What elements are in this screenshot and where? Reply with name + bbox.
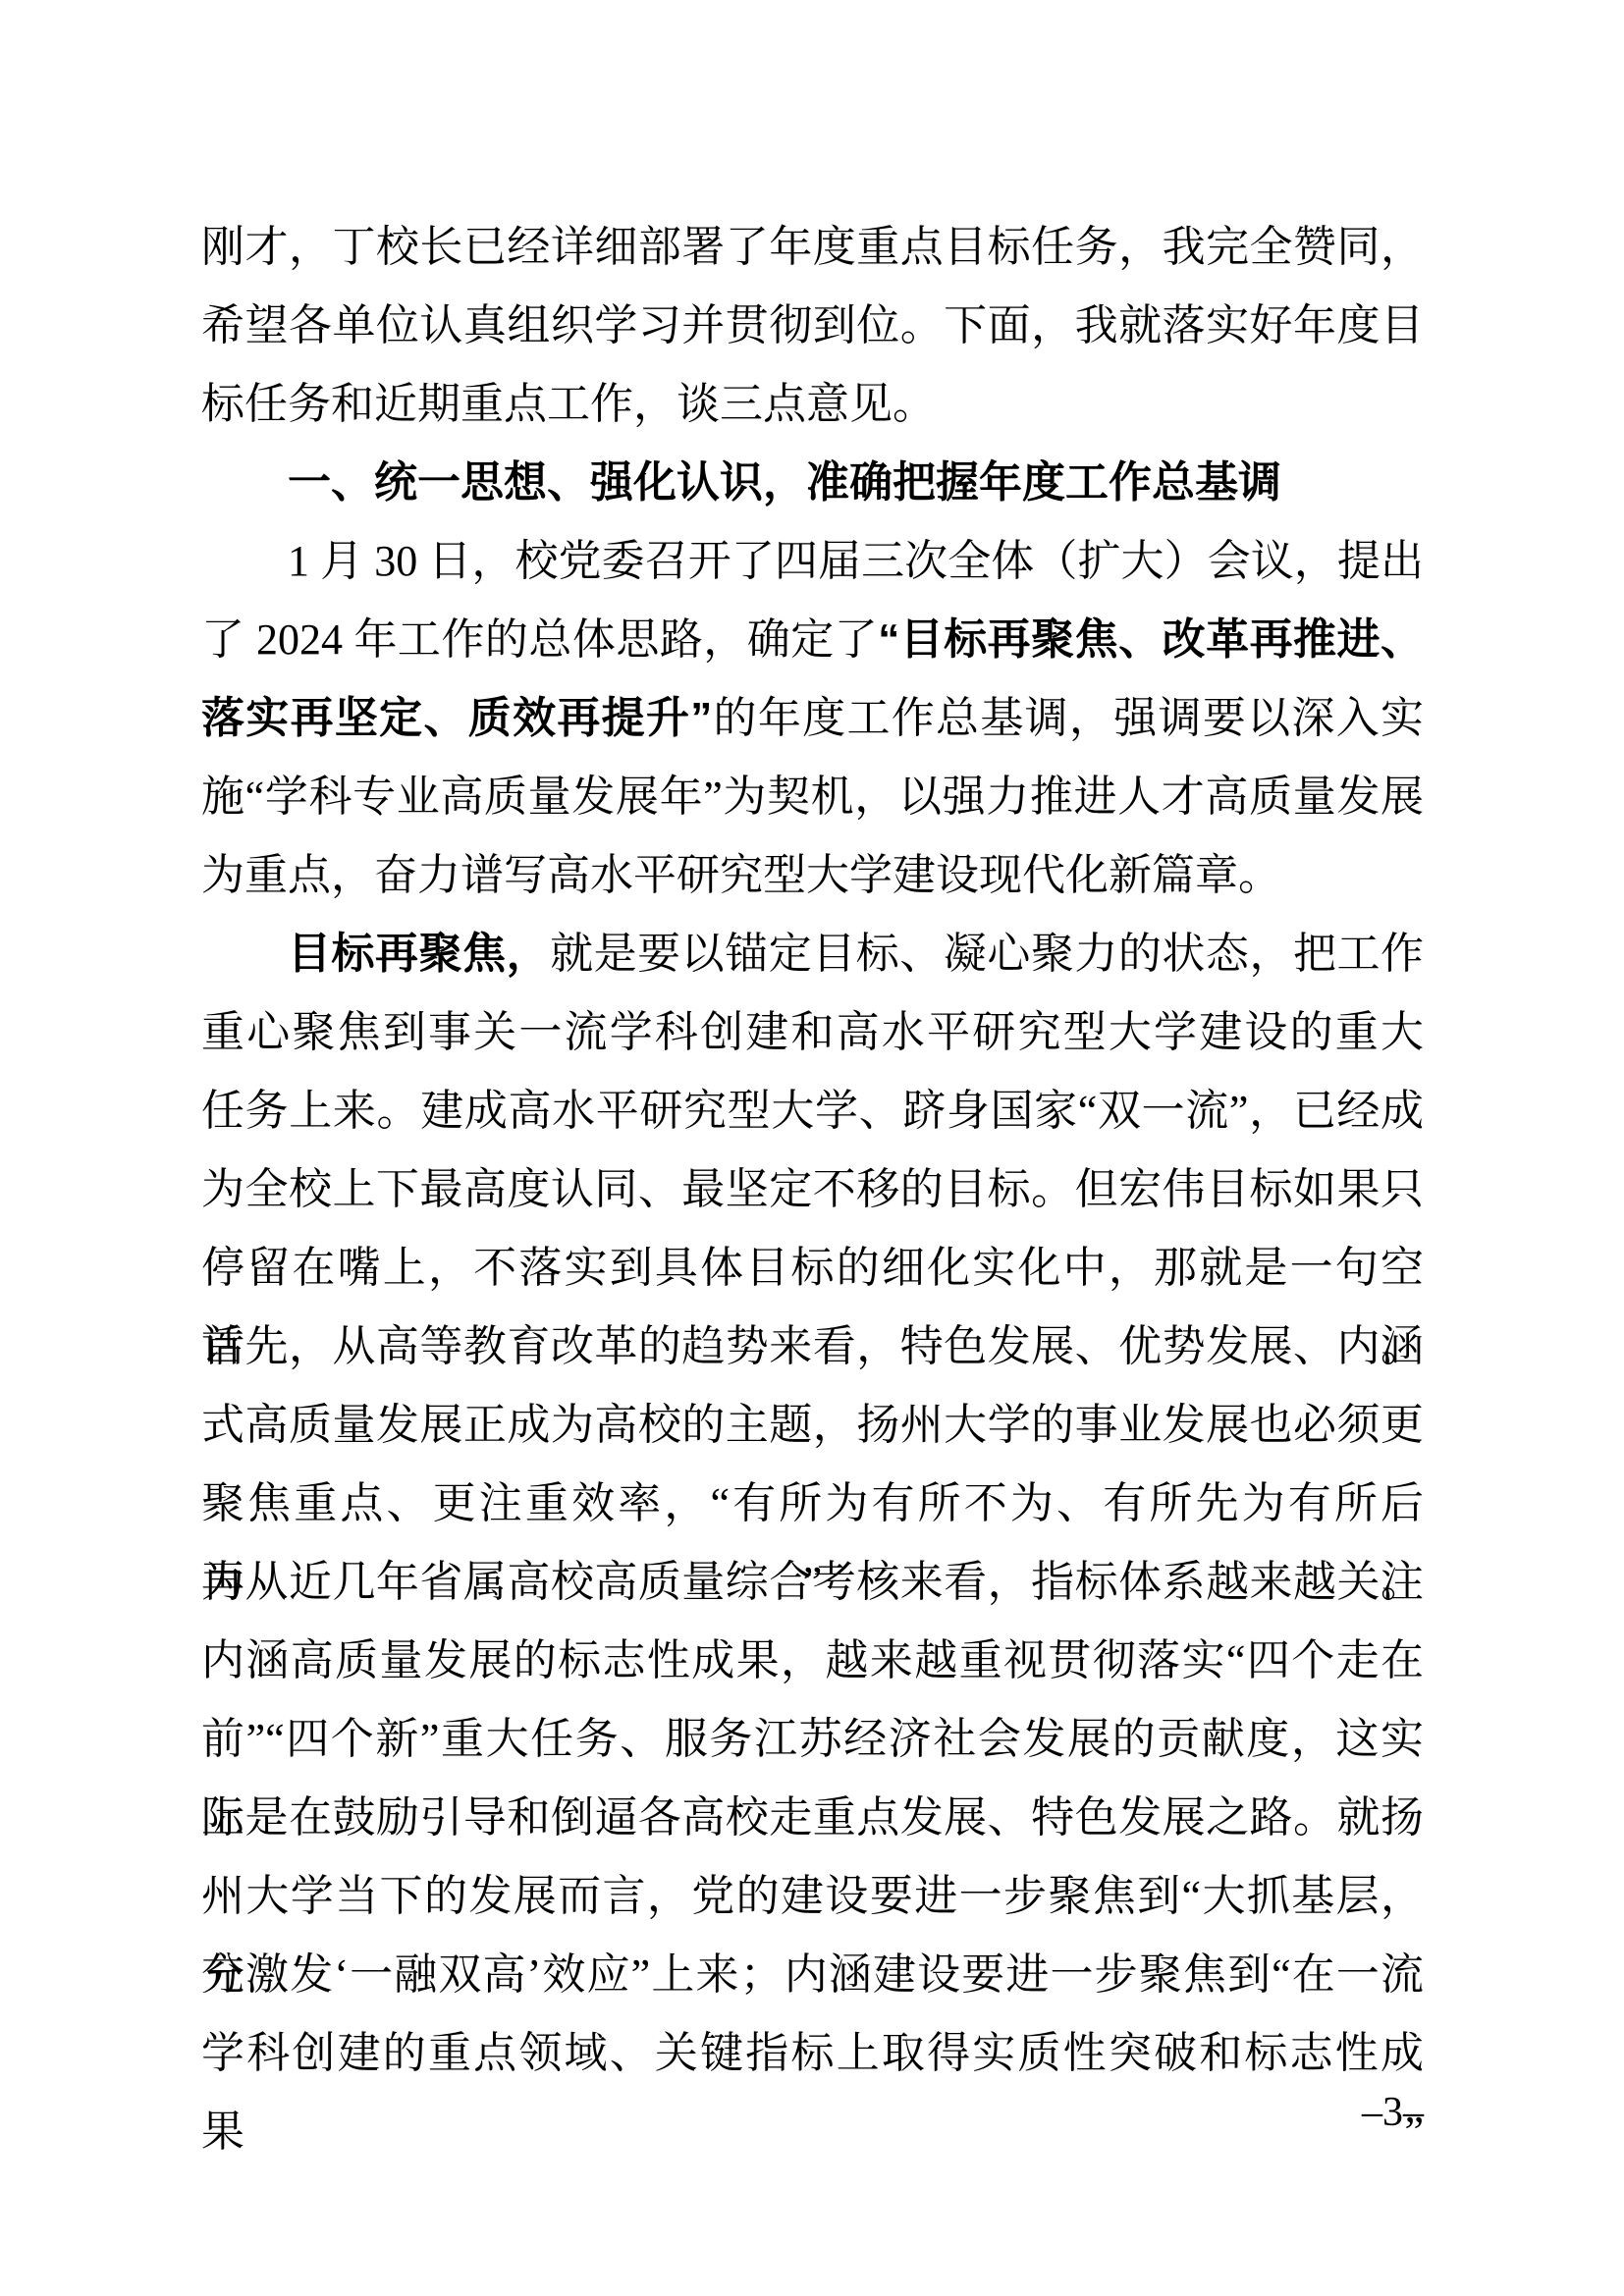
text-line: 施“学科专业高质量发展年”为契机，以强力推进人才高质量发展 [201,758,1424,836]
text-line: 任务上来。建成高水平研究型大学、跻身国家“双一流”，已经成 [201,1072,1424,1150]
text-segment: 1 月 30 日，校党委召开了四届三次全体（扩大）会议，提出 [288,537,1424,585]
text-line: 分激发‘一融双高’效应”上来；内涵建设要进一步聚焦到“在一流 [201,1936,1424,2014]
text-line: 内涵高质量发展的标志性成果，越来越重视贯彻落实“四个走在 [201,1622,1424,1700]
text-line: 前”“四个新”重大任务、服务江苏经济社会发展的贡献度，这实际 [201,1700,1424,1779]
text-line: 为重点，奋力谱写高水平研究型大学建设现代化新篇章。 [201,836,1424,915]
text-line: 州大学当下的发展而言，党的建设要进一步聚焦到“大抓基层，充 [201,1857,1424,1936]
text-segment: 落实再坚定、质效再提升” [201,694,712,742]
text-segment: 就是要以锚定目标、凝心聚力的状态，把工作 [550,930,1424,978]
text-segment: 任务上来。建成高水平研究型大学、跻身国家“双一流”，已经成 [201,1087,1424,1135]
text-segment: 目标再聚焦， [288,930,550,978]
text-line: 刚才，丁校长已经详细部署了年度重点目标任务，我完全赞同， [201,208,1424,287]
text-line: 希望各单位认真组织学习并贯彻到位。下面，我就落实好年度目 [201,287,1424,365]
text-segment: 一、统一思想、强化认识，准确把握年度工作总基调 [288,458,1281,507]
text-line: 聚焦重点、更注重效率，“有所为有所不为、有所先为有所后为”。 [201,1465,1424,1543]
text-segment: “目标再聚焦、改革再推进、 [878,615,1424,664]
text-segment: 刚才，丁校长已经详细部署了年度重点目标任务，我完全赞同， [201,223,1424,271]
text-segment: 施“学科专业高质量发展年”为契机，以强力推进人才高质量发展 [201,773,1424,821]
section-heading: 一、统一思想、强化认识，准确把握年度工作总基调 [201,444,1424,522]
text-segment: 首先，从高等教育改革的趋势来看，特色发展、优势发展、内涵 [201,1322,1424,1370]
document-body: 刚才，丁校长已经详细部署了年度重点目标任务，我完全赞同，希望各单位认真组织学习并… [201,208,1424,2093]
text-segment: 的年度工作总基调，强调要以深入实 [712,694,1424,742]
text-segment: 为全校上下最高度认同、最坚定不移的目标。但宏伟目标如果只 [201,1165,1424,1213]
text-segment: 内涵高质量发展的标志性成果，越来越重视贯彻落实“四个走在 [201,1636,1424,1684]
text-line: 式高质量发展正成为高校的主题，扬州大学的事业发展也必须更 [201,1386,1424,1465]
text-line: 重心聚焦到事关一流学科创建和高水平研究型大学建设的重大 [201,993,1424,1072]
text-line: 首先，从高等教育改革的趋势来看，特色发展、优势发展、内涵 [201,1308,1424,1386]
text-line: 1 月 30 日，校党委召开了四届三次全体（扩大）会议，提出 [201,522,1424,601]
text-line: 再从近几年省属高校高质量综合考核来看，指标体系越来越关注 [201,1543,1424,1622]
text-segment: 标任务和近期重点工作，谈三点意见。 [201,380,936,428]
text-segment: 上是在鼓励引导和倒逼各高校走重点发展、特色发展之路。就扬 [201,1793,1424,1842]
page-number: –3– [201,2073,1424,2152]
text-line: 了 2024 年工作的总体思路，确定了“目标再聚焦、改革再推进、 [201,601,1424,679]
text-segment: 希望各单位认真组织学习并贯彻到位。下面，我就落实好年度目 [201,301,1424,349]
text-line: 上是在鼓励引导和倒逼各高校走重点发展、特色发展之路。就扬 [201,1779,1424,1857]
text-segment: 为重点，奋力谱写高水平研究型大学建设现代化新篇章。 [201,851,1281,899]
text-line: 为全校上下最高度认同、最坚定不移的目标。但宏伟目标如果只 [201,1150,1424,1229]
text-line: 停留在嘴上，不落实到具体目标的细化实化中，那就是一句空话。 [201,1229,1424,1308]
text-segment: 重心聚焦到事关一流学科创建和高水平研究型大学建设的重大 [201,1008,1424,1056]
document-page: 刚才，丁校长已经详细部署了年度重点目标任务，我完全赞同，希望各单位认真组织学习并… [0,0,1624,2296]
text-line: 落实再坚定、质效再提升”的年度工作总基调，强调要以深入实 [201,679,1424,758]
text-segment: 式高质量发展正成为高校的主题，扬州大学的事业发展也必须更 [201,1401,1424,1449]
text-segment: 分激发‘一融双高’效应”上来；内涵建设要进一步聚焦到“在一流 [201,1950,1424,1999]
text-line: 标任务和近期重点工作，谈三点意见。 [201,365,1424,444]
text-segment: 再从近几年省属高校高质量综合考核来看，指标体系越来越关注 [201,1558,1424,1606]
text-line: 目标再聚焦，就是要以锚定目标、凝心聚力的状态，把工作 [201,915,1424,993]
text-segment: 了 2024 年工作的总体思路，确定了 [201,615,878,664]
